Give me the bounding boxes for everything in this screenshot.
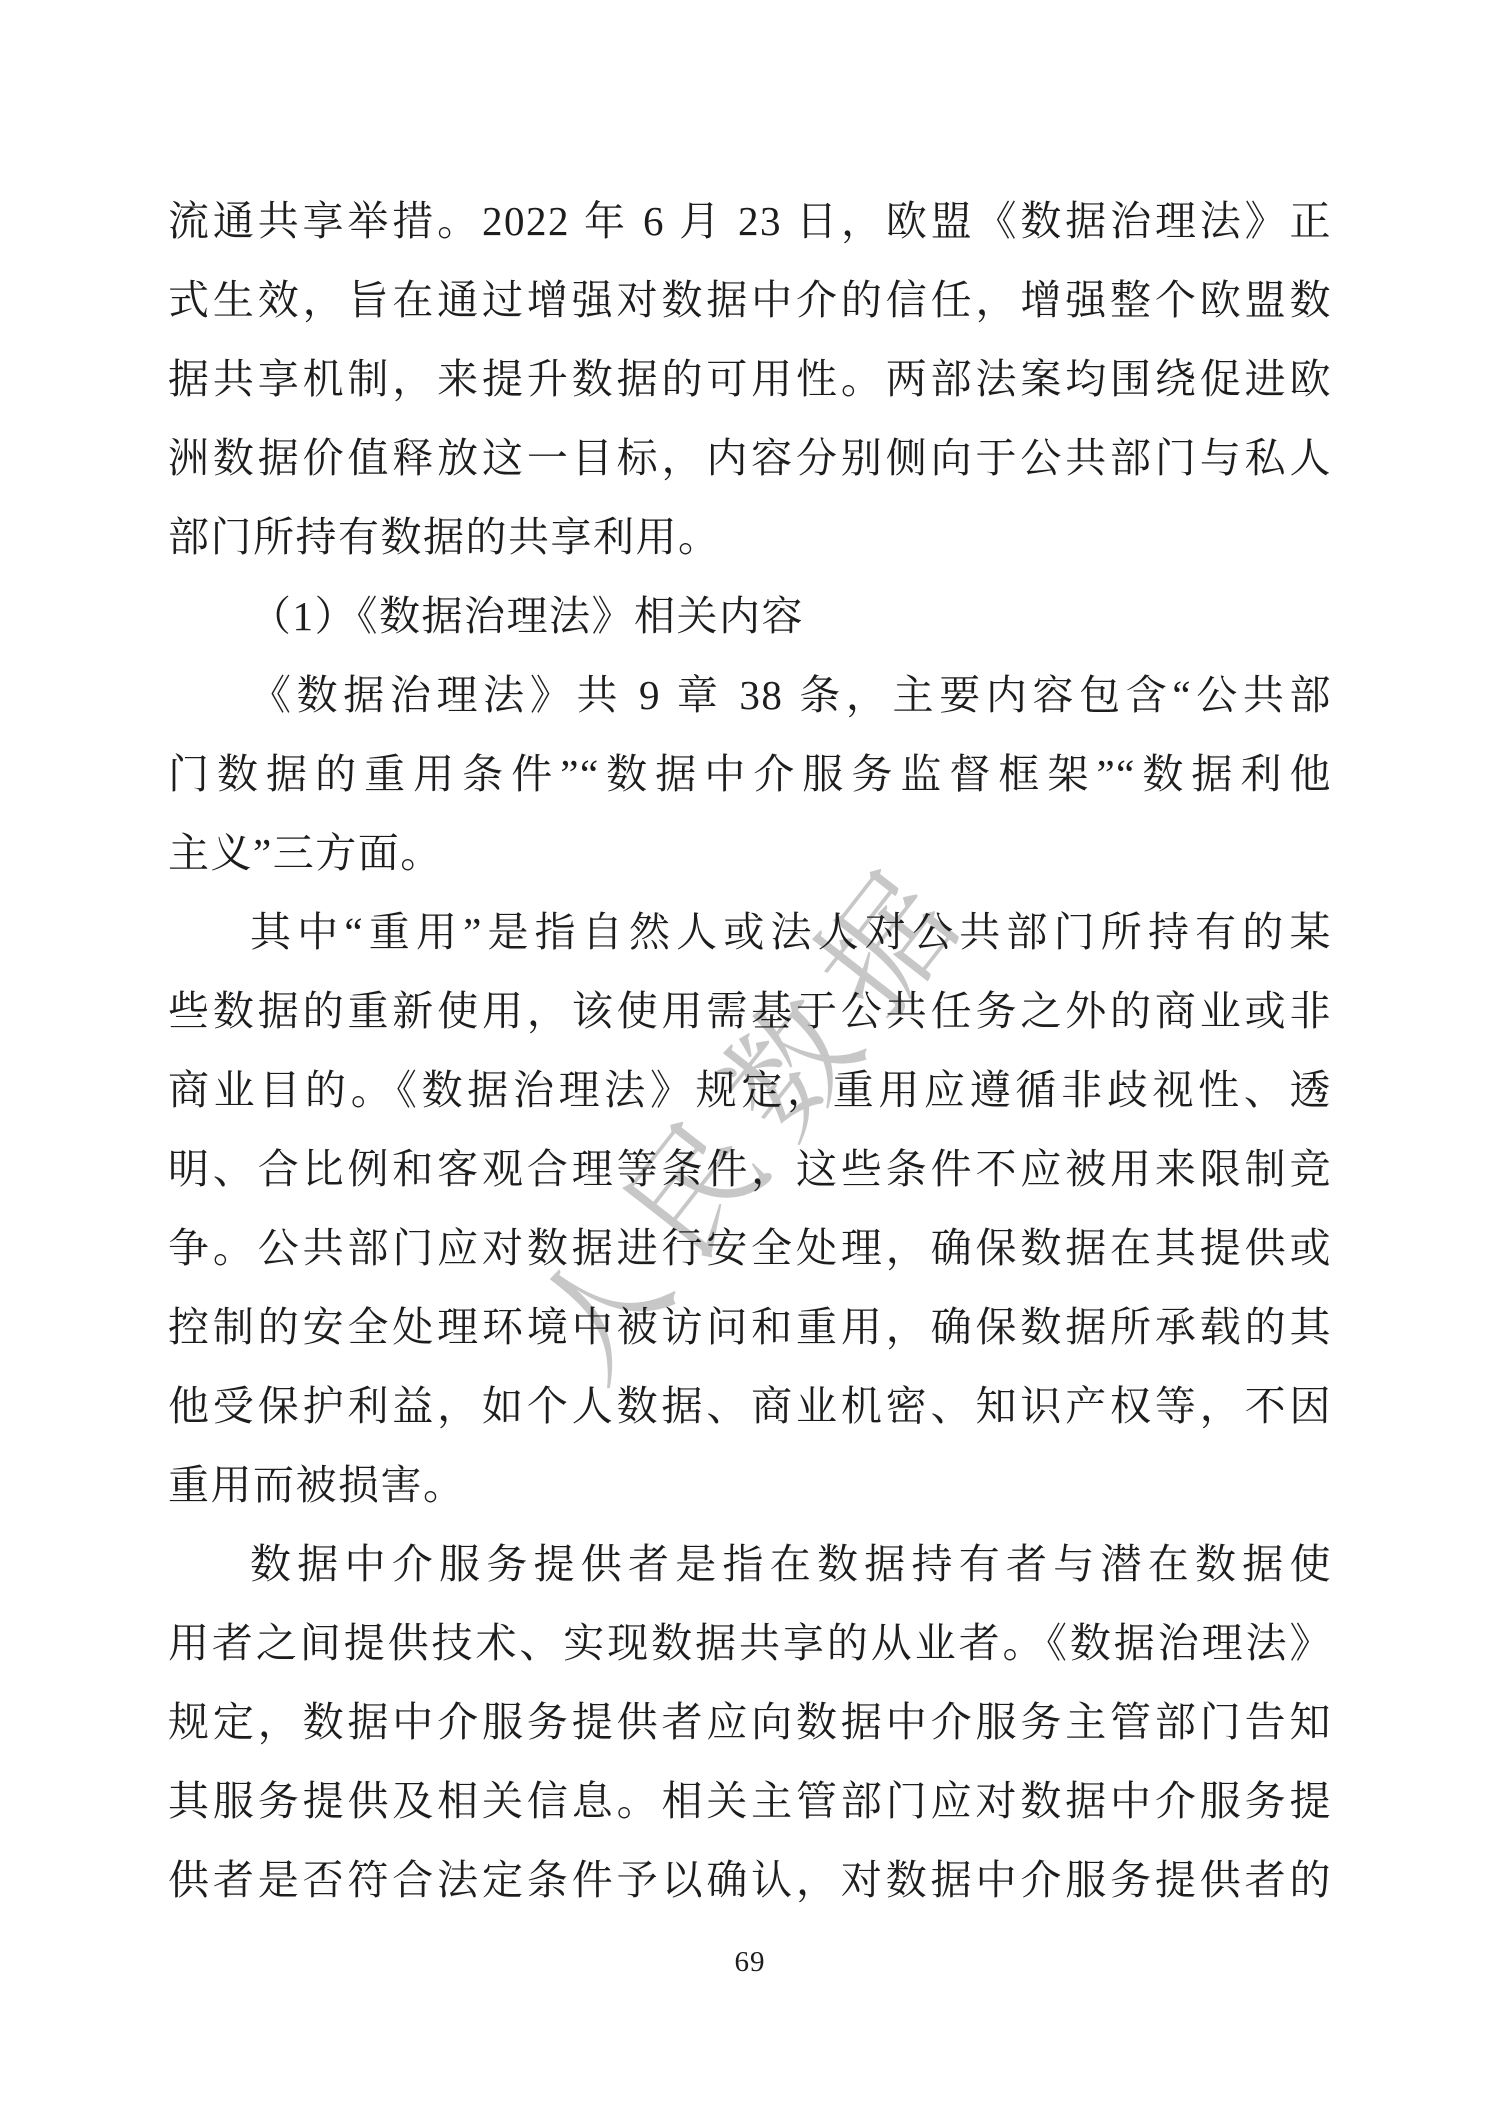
text-line: 规定，数据中介服务提供者应向数据中介服务主管部门告知 — [168, 1683, 1332, 1762]
text-line: 控制的安全处理环境中被访问和重用，确保数据所承载的其 — [168, 1288, 1332, 1367]
text-line: 部门所持有数据的共享利用。 — [168, 498, 1332, 577]
document-page: 人民数据 流通共享举措。2022 年 6 月 23 日，欧盟《数据治理法》正式生… — [0, 0, 1500, 2121]
text-line: 据共享机制，来提升数据的可用性。两部法案均围绕促进欧 — [168, 340, 1332, 419]
text-line: 他受保护利益，如个人数据、商业机密、知识产权等，不因 — [168, 1367, 1332, 1446]
text-line: 其服务提供及相关信息。相关主管部门应对数据中介服务提 — [168, 1762, 1332, 1841]
text-line: 主义”三方面。 — [168, 814, 1332, 893]
text-line: 其中“重用”是指自然人或法人对公共部门所持有的某 — [168, 893, 1332, 972]
text-line: 流通共享举措。2022 年 6 月 23 日，欧盟《数据治理法》正 — [168, 182, 1332, 261]
text-line: 《数据治理法》共 9 章 38 条，主要内容包含“公共部 — [168, 656, 1332, 735]
text-line: 明、合比例和客观合理等条件，这些条件不应被用来限制竞 — [168, 1130, 1332, 1209]
text-line: （1）《数据治理法》相关内容 — [168, 577, 1332, 656]
text-line: 式生效，旨在通过增强对数据中介的信任，增强整个欧盟数 — [168, 261, 1332, 340]
text-line: 些数据的重新使用，该使用需基于公共任务之外的商业或非 — [168, 972, 1332, 1051]
text-line: 争。公共部门应对数据进行安全处理，确保数据在其提供或 — [168, 1209, 1332, 1288]
text-line: 用者之间提供技术、实现数据共享的从业者。《数据治理法》 — [168, 1604, 1332, 1683]
text-line: 商业目的。《数据治理法》规定，重用应遵循非歧视性、透 — [168, 1051, 1332, 1130]
text-line: 洲数据价值释放这一目标，内容分别侧向于公共部门与私人 — [168, 419, 1332, 498]
page-number: 69 — [0, 1946, 1500, 1979]
text-line: 供者是否符合法定条件予以确认，对数据中介服务提供者的 — [168, 1841, 1332, 1920]
text-line: 门数据的重用条件”“数据中介服务监督框架”“数据利他 — [168, 735, 1332, 814]
text-content: 流通共享举措。2022 年 6 月 23 日，欧盟《数据治理法》正式生效，旨在通… — [168, 182, 1332, 1920]
text-line: 重用而被损害。 — [168, 1446, 1332, 1525]
text-line: 数据中介服务提供者是指在数据持有者与潜在数据使 — [168, 1525, 1332, 1604]
